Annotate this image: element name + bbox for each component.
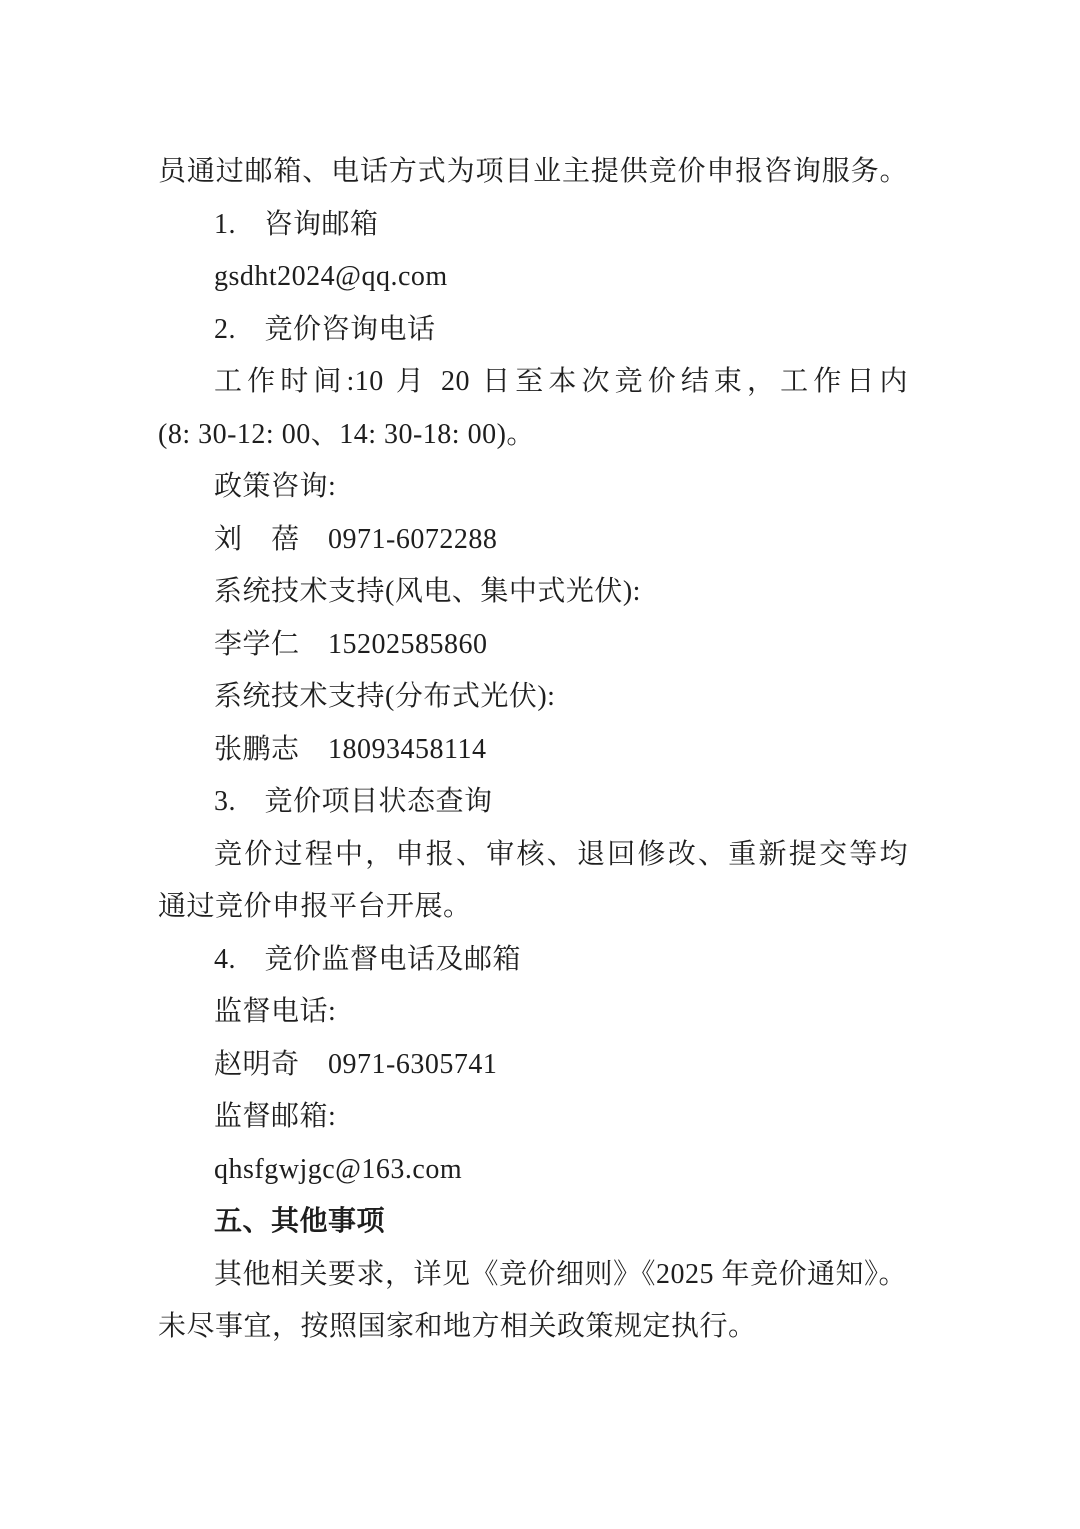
supervision-email: qhsfgwjgc@163.com — [158, 1144, 908, 1197]
bidding-process-line1: 竞价过程中，申报、审核、退回修改、重新提交等均 — [158, 829, 908, 882]
supervision-phone-label: 监督电话: — [158, 986, 908, 1039]
item3-title: 3. 竞价项目状态查询 — [158, 776, 908, 829]
other-matters-line2: 未尽事宜，按照国家和地方相关政策规定执行。 — [158, 1301, 908, 1354]
contact-liu-bei: 刘 蓓 0971-6072288 — [158, 514, 908, 567]
consult-email: gsdht2024@qq.com — [158, 251, 908, 304]
tech-support-wind-label: 系统技术支持(风电、集中式光伏): — [158, 566, 908, 619]
tech-support-distributed-label: 系统技术支持(分布式光伏): — [158, 671, 908, 724]
work-hours-line2: (8: 30-12: 00、14: 30-18: 00)。 — [158, 409, 908, 462]
other-matters-line1: 其他相关要求，详见《竞价细则》《2025 年竞价通知》。 — [158, 1249, 908, 1302]
item4-title: 4. 竞价监督电话及邮箱 — [158, 934, 908, 987]
contact-li-xueren: 李学仁 15202585860 — [158, 619, 908, 672]
document-text-block: 员通过邮箱、电话方式为项目业主提供竞价申报咨询服务。 1. 咨询邮箱 gsdht… — [158, 146, 908, 1354]
contact-zhao-mingqi: 赵明奇 0971-6305741 — [158, 1039, 908, 1092]
work-hours-line1: 工作时间:10 月 20 日至本次竞价结束，工作日内 — [158, 356, 908, 409]
bidding-process-line2: 通过竞价申报平台开展。 — [158, 881, 908, 934]
policy-consult-label: 政策咨询: — [158, 461, 908, 514]
item1-title: 1. 咨询邮箱 — [158, 199, 908, 252]
supervision-email-label: 监督邮箱: — [158, 1091, 908, 1144]
contact-zhang-pengzhi: 张鹏志 18093458114 — [158, 724, 908, 777]
body-line-continuation: 员通过邮箱、电话方式为项目业主提供竞价申报咨询服务。 — [158, 146, 908, 199]
document-page: 员通过邮箱、电话方式为项目业主提供竞价申报咨询服务。 1. 咨询邮箱 gsdht… — [0, 0, 1080, 1529]
item2-title: 2. 竞价咨询电话 — [158, 304, 908, 357]
section5-heading: 五、其他事项 — [158, 1196, 908, 1249]
